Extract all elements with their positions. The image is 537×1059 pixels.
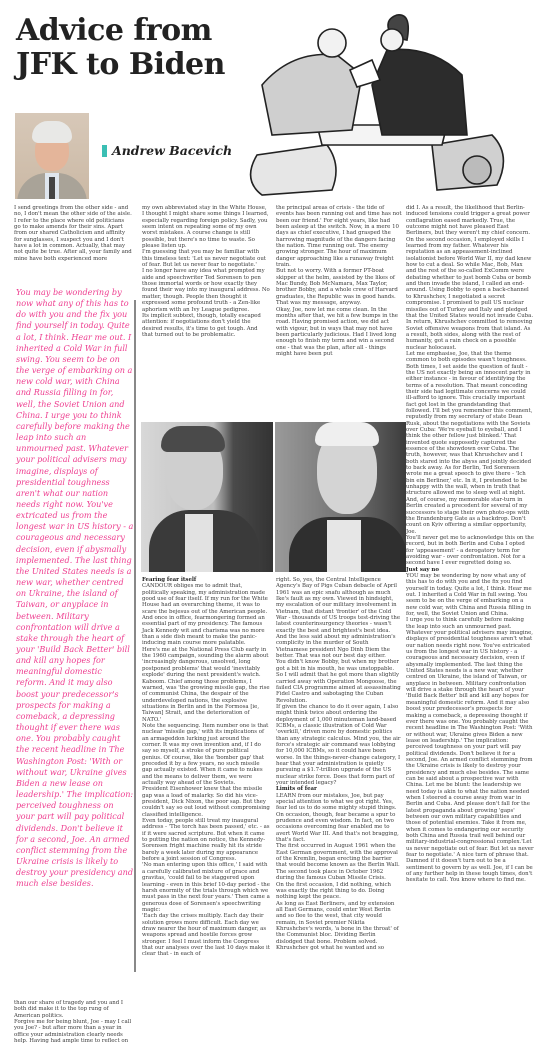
author-hair [32, 121, 72, 143]
paragraph: did I. As a result, the likelihood that … [406, 205, 534, 237]
paragraph: But not to worry. With a former PT-boat … [276, 268, 402, 306]
paragraph: On the second occasion, I employed skill… [406, 237, 534, 351]
jfk-shirt [185, 514, 213, 572]
author-name: Andrew Bacevich [112, 143, 232, 158]
headline: Advice from JFK to Biden [16, 14, 226, 82]
paragraph: You didn't know Bobby, but when my broth… [276, 659, 402, 703]
paragraph: If given the chance to do it over again,… [276, 704, 402, 786]
paragraph: Forgive me for being blunt, Joe - may I … [14, 1019, 132, 1044]
paragraph: 'No man entering upon this office,' I sa… [142, 862, 270, 913]
column-4: did I. As a result, the likelihood that … [406, 205, 534, 884]
paragraph: the principal areas of crisis - the tide… [276, 205, 402, 268]
author-photo [15, 113, 89, 199]
paragraph: Its implicit subtext, though, totally es… [142, 313, 270, 338]
paragraph: You'll never get me to acknowledge this … [406, 535, 534, 567]
paragraph: The first occurred in August 1961 when t… [276, 843, 402, 881]
jfk-photo [141, 422, 273, 572]
paragraph: LEARN from our mistakes, Joe, but pay sp… [276, 793, 402, 844]
biden-hair [315, 422, 379, 446]
paragraph: As long as East Berliners, and by extens… [276, 901, 402, 952]
biden-photo [275, 422, 407, 572]
paragraph: I no longer have any idea what prompted … [142, 268, 270, 312]
paragraph: Let me emphasise, Joe, that the theme co… [406, 351, 534, 535]
photo-row [141, 422, 406, 572]
jfk-hair [161, 426, 225, 452]
paragraph: Even today, people still treat my inaugu… [142, 818, 270, 862]
column-3-top: the principal areas of crisis - the tide… [276, 205, 402, 357]
cartoon-illustration [232, 5, 532, 205]
byline: Andrew Bacevich [102, 143, 232, 158]
column-2-top: my own abbreviated stay in the White Hou… [142, 205, 270, 338]
paragraph: right. So, yes, the Central Intelligence… [276, 577, 402, 659]
column-1-intro: I send greetings from the other side - a… [14, 205, 132, 262]
paragraph: I'm guessing that you may be familiar wi… [142, 249, 270, 268]
paragraph: President Eisenhower knew that the missi… [142, 786, 270, 818]
column-divider [134, 300, 136, 972]
paragraph: than our share of tragedy and you and I … [14, 1000, 132, 1019]
column-1-end: than our share of tragedy and you and I … [14, 1000, 132, 1044]
paragraph: my own abbreviated stay in the White Hou… [142, 205, 270, 249]
pullquote: You may be wondering by now what any of … [16, 287, 134, 889]
column-2-bottom: Fearing fear itself CANDOUR obliges me t… [142, 577, 270, 958]
paragraph: YOU may be wondering by now what any of … [406, 573, 534, 617]
paragraph: Okay, Joe, now let me come clean. In the… [276, 307, 402, 358]
paragraph: I send greetings from the other side - a… [14, 205, 132, 262]
paragraph: CANDOUR obliges me to admit that, politi… [142, 583, 270, 646]
byline-marker-icon [102, 145, 107, 157]
paragraph: Note the sequencing. Item number one is … [142, 723, 270, 786]
paragraph: I urge you to think carefully before mak… [406, 617, 534, 883]
author-tie [49, 177, 55, 199]
paragraph: 'Each day the crises multiply. Each day … [142, 913, 270, 957]
biden-shirt [327, 520, 361, 572]
paragraph: On the first occasion, I did nothing, wh… [276, 882, 402, 901]
column-3-bottom: right. So, yes, the Central Intelligence… [276, 577, 402, 951]
paragraph: Here's me at the National Press Club ear… [142, 647, 270, 723]
